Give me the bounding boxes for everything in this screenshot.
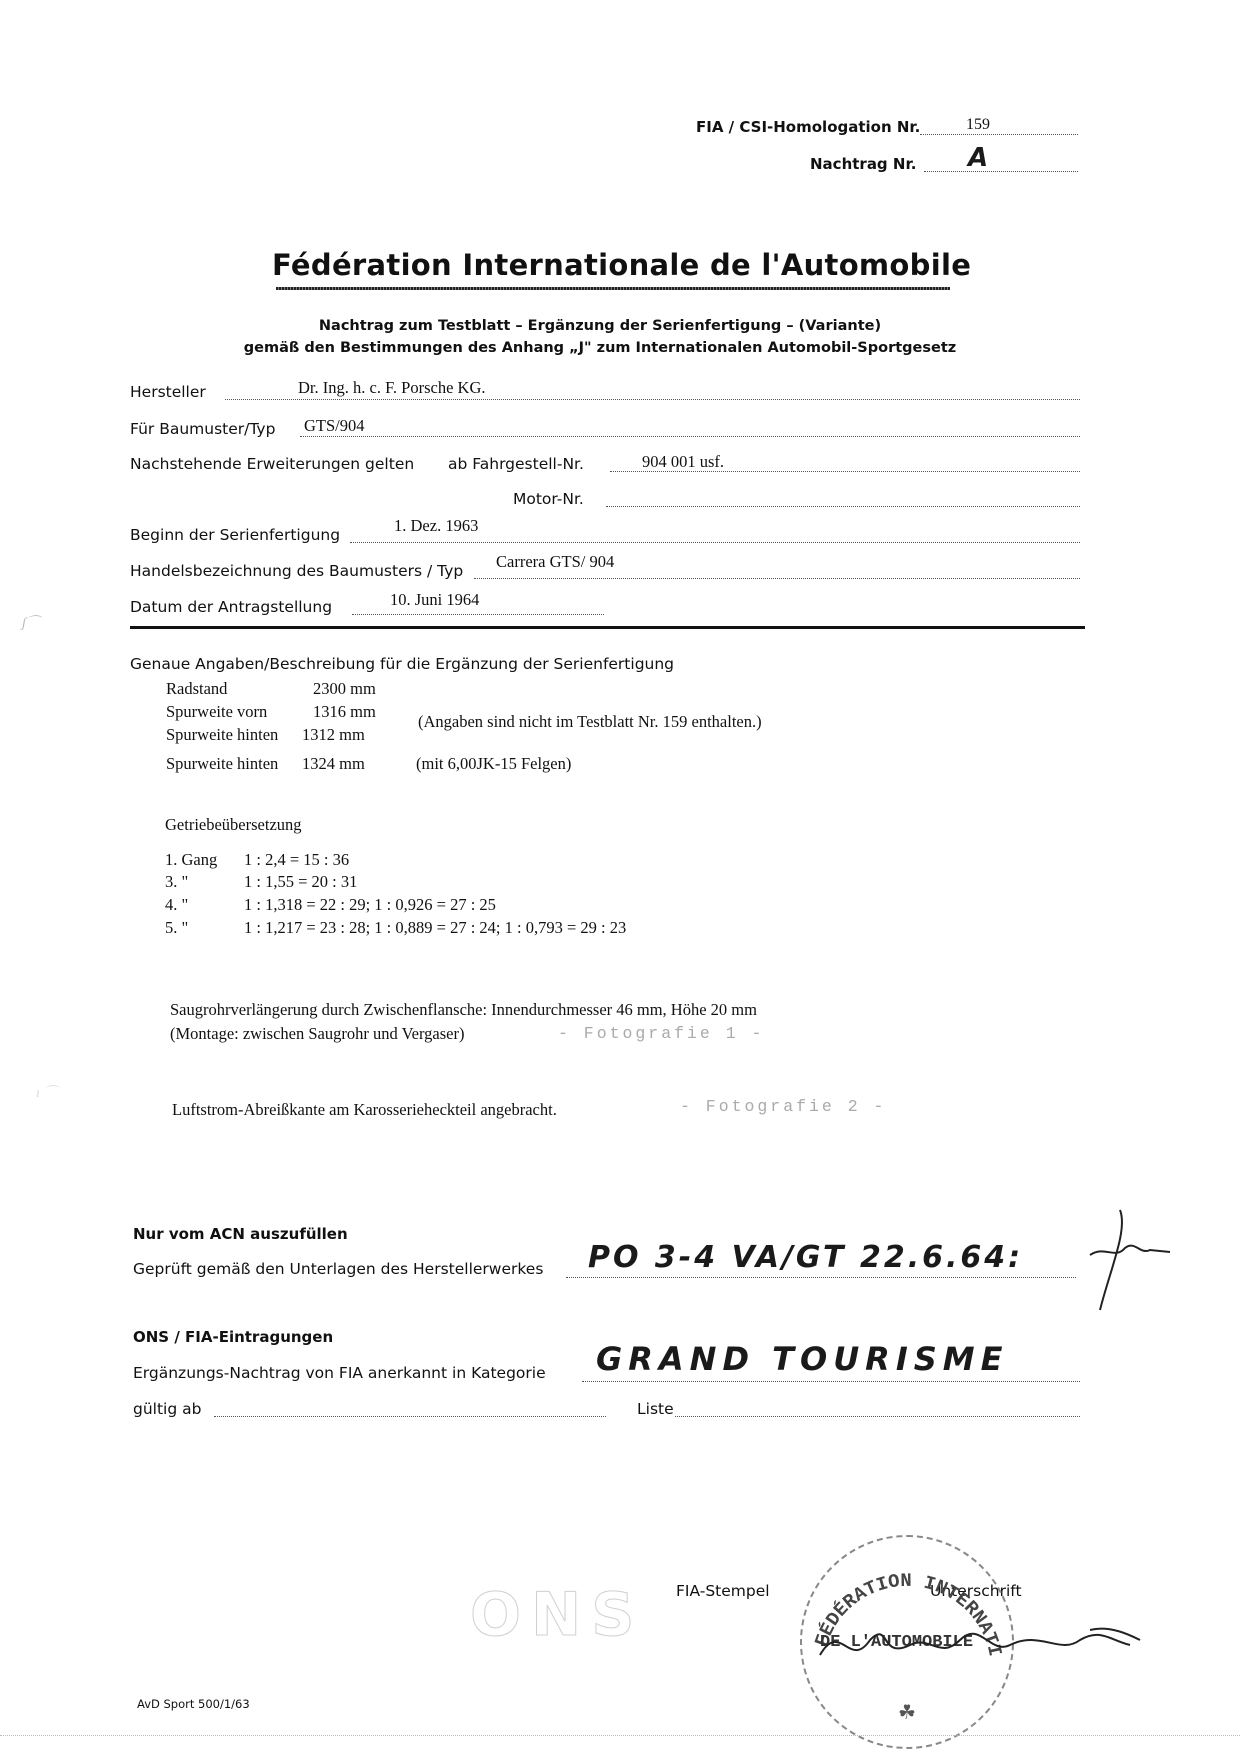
subtitle-line-1: Nachtrag zum Testblatt – Ergänzung der S… bbox=[180, 318, 1020, 334]
nachtrag-label: Nachtrag Nr. bbox=[810, 155, 916, 173]
photo-reference-1: - Fotografie 1 - bbox=[558, 1024, 764, 1043]
hersteller-dotted-line bbox=[225, 399, 1080, 400]
handelsbezeichnung-label: Handelsbezeichnung des Baumusters / Typ bbox=[130, 562, 463, 580]
testblatt-note: (Angaben sind nicht im Testblatt Nr. 159… bbox=[418, 712, 762, 732]
spoiler-line: Luftstrom-Abreißkante am Karosserieheckt… bbox=[172, 1100, 557, 1120]
acn-handwritten-value: PO 3-4 VA/GT 22.6.64: bbox=[588, 1240, 1023, 1275]
acn-dotted-line bbox=[566, 1277, 1076, 1278]
page-title: Fédération Internationale de l'Automobil… bbox=[272, 248, 971, 282]
handelsbezeichnung-value: Carrera GTS/ 904 bbox=[496, 552, 614, 572]
nachtrag-number: A bbox=[968, 143, 991, 173]
gueltig-label: gültig ab bbox=[133, 1400, 201, 1418]
hersteller-value: Dr. Ing. h. c. F. Porsche KG. bbox=[298, 378, 486, 398]
intake-line-1: Saugrohrverlängerung durch Zwischenflans… bbox=[170, 1000, 757, 1020]
gueltig-dotted-line bbox=[214, 1416, 606, 1417]
gear-ratio: 1 : 1,318 = 22 : 29; 1 : 0,926 = 27 : 25 bbox=[244, 895, 496, 915]
gear-ratio: 1 : 2,4 = 15 : 36 bbox=[244, 850, 349, 870]
fahrgestell-label: ab Fahrgestell-Nr. bbox=[448, 455, 584, 473]
kategorie-dotted-line bbox=[582, 1381, 1080, 1382]
gear-heading: Getriebeübersetzung bbox=[165, 815, 302, 835]
baumuster-dotted-line bbox=[300, 436, 1080, 437]
subtitle-line-2: gemäß den Bestimmungen des Anhang „J" zu… bbox=[180, 340, 1020, 356]
gear-label: 5. " bbox=[165, 918, 188, 938]
spec-value: 2300 mm bbox=[313, 679, 376, 699]
handelsbezeichnung-dotted-line bbox=[474, 578, 1080, 579]
nachtrag-dotted-line bbox=[924, 171, 1078, 172]
spec-value: 1312 mm bbox=[302, 725, 365, 745]
scan-edge bbox=[0, 1735, 1240, 1736]
homologation-label: FIA / CSI-Homologation Nr. bbox=[696, 118, 920, 136]
fahrgestell-value: 904 001 usf. bbox=[642, 452, 724, 472]
gear-label: 4. " bbox=[165, 895, 188, 915]
form-code: AvD Sport 500/1/63 bbox=[137, 1697, 250, 1711]
spec-name: Spurweite hinten bbox=[166, 754, 278, 774]
homologation-dotted-line bbox=[920, 134, 1078, 135]
stempel-label: FIA-Stempel bbox=[676, 1582, 770, 1600]
gear-ratio: 1 : 1,217 = 23 : 28; 1 : 0,889 = 27 : 24… bbox=[244, 918, 626, 938]
homologation-number: 159 bbox=[966, 116, 990, 134]
hersteller-label: Hersteller bbox=[130, 383, 206, 401]
motor-label: Motor-Nr. bbox=[513, 490, 584, 508]
beginn-dotted-line bbox=[350, 542, 1080, 543]
intake-line-2: (Montage: zwischen Saugrohr und Vergaser… bbox=[170, 1024, 464, 1044]
photo-reference-2: - Fotografie 2 - bbox=[680, 1097, 886, 1116]
datum-label: Datum der Antragstellung bbox=[130, 598, 332, 616]
spec-value: 1324 mm bbox=[302, 754, 365, 774]
margin-mark-icon: ı ⌒ bbox=[36, 1082, 57, 1102]
section-divider bbox=[130, 626, 1085, 629]
margin-mark-icon: ʃ⌒ bbox=[22, 612, 40, 632]
svg-text:☘: ☘ bbox=[898, 1702, 916, 1724]
liste-label: Liste bbox=[637, 1400, 674, 1418]
felgen-note: (mit 6,00JK-15 Felgen) bbox=[416, 754, 571, 774]
acn-label: Geprüft gemäß den Unterlagen des Herstel… bbox=[133, 1260, 543, 1278]
datum-dotted-line bbox=[352, 614, 604, 615]
beginn-value: 1. Dez. 1963 bbox=[394, 516, 478, 536]
baumuster-value: GTS/904 bbox=[304, 416, 365, 436]
fia-signature-icon bbox=[810, 1600, 1150, 1680]
kategorie-label: Ergänzungs-Nachtrag von FIA anerkannt in… bbox=[133, 1364, 546, 1382]
liste-dotted-line bbox=[675, 1416, 1080, 1417]
ons-heading: ONS / FIA-Eintragungen bbox=[133, 1328, 333, 1346]
spec-name: Radstand bbox=[166, 679, 227, 699]
gear-ratio: 1 : 1,55 = 20 : 31 bbox=[244, 872, 357, 892]
title-underline bbox=[276, 287, 950, 290]
datum-value: 10. Juni 1964 bbox=[390, 590, 479, 610]
gear-label: 3. " bbox=[165, 872, 188, 892]
beginn-label: Beginn der Serienfertigung bbox=[130, 526, 340, 544]
erweiterungen-label: Nachstehende Erweiterungen gelten bbox=[130, 455, 414, 473]
spec-name: Spurweite hinten bbox=[166, 725, 278, 745]
acn-heading: Nur vom ACN auszufüllen bbox=[133, 1225, 348, 1243]
baumuster-label: Für Baumuster/Typ bbox=[130, 420, 275, 438]
spec-name: Spurweite vorn bbox=[166, 702, 267, 722]
motor-dotted-line bbox=[606, 506, 1080, 507]
spec-value: 1316 mm bbox=[313, 702, 376, 722]
ons-watermark: ONS bbox=[470, 1580, 644, 1650]
kategorie-value: GRAND TOURISME bbox=[596, 1340, 1008, 1378]
description-heading: Genaue Angaben/Beschreibung für die Ergä… bbox=[130, 655, 674, 673]
acn-signature-icon bbox=[1080, 1200, 1180, 1320]
gear-label: 1. Gang bbox=[165, 850, 217, 870]
